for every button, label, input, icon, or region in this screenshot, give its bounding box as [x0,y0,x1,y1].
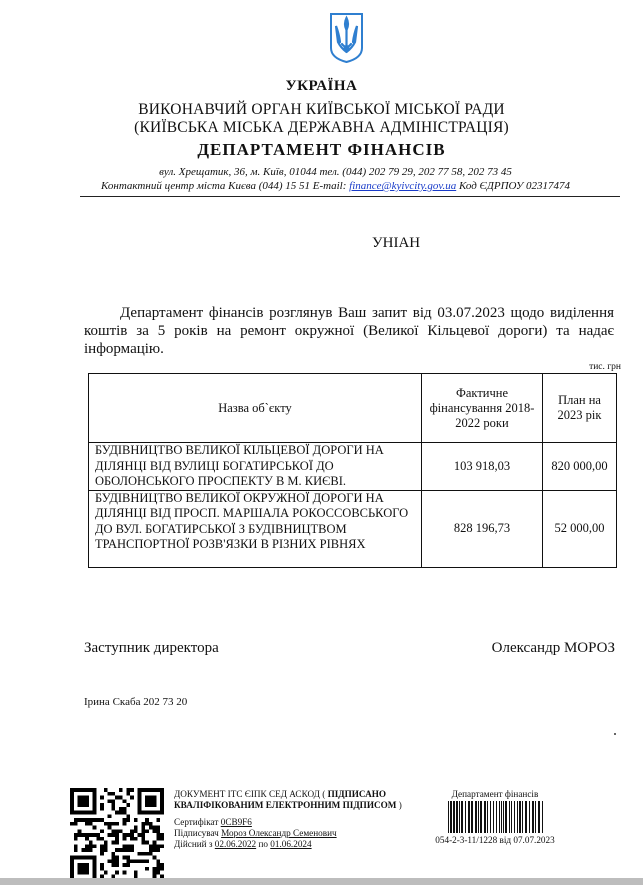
header-divider [80,196,620,197]
header-plan-2023: План на 2023 рік [543,374,617,443]
actual-financing: 103 918,03 [422,443,543,491]
table-header-row: Назва об`єкту Фактичне фінансування 2018… [89,374,617,443]
valid-to-label: по [256,839,270,849]
executor-contact: Ірина Скаба 202 73 20 [84,696,187,708]
reg-number: 054-2-3-11/1228 від 07.07.2023 [420,835,570,845]
email-link[interactable]: finance@kyivcity.gov.ua [349,180,456,192]
signer-line: Підписувач Мороз Олександр Семенович [174,828,424,839]
department-name: ДЕПАРТАМЕНТ ФІНАНСІВ [0,140,643,160]
cert-line: Сертифікат 0CB9F6 [174,817,424,828]
units-label: тис. грн [589,362,621,372]
address-line: вул. Хрещатик, 36, м. Київ, 01044 тел. (… [14,166,643,178]
object-name: БУДІВНИЦТВО ВЕЛИКОЇ ОКРУЖНОЇ ДОРОГИ НА Д… [89,490,422,567]
plan-2023: 820 000,00 [543,443,617,491]
qr-code-icon [70,788,164,882]
signer-label: Підписувач [174,828,221,838]
header-actual-financing: Фактичне фінансування 2018-2022 роки [422,374,543,443]
country-name: УКРАЇНА [0,78,643,95]
org-name-line1: ВИКОНАВЧИЙ ОРГАН КИЇВСЬКОЇ МІСЬКОЇ РАДИ [0,101,643,119]
header-object-name: Назва об`єкту [89,374,422,443]
cert-label: Сертифікат [174,817,221,827]
actual-financing: 828 196,73 [422,490,543,567]
reg-department: Департамент фінансів [420,789,570,799]
contact-line: Контактний центр міста Києва (044) 15 51… [14,180,643,192]
org-name-line2: (КИЇВСЬКА МІСЬКА ДЕРЖАВНА АДМІНІСТРАЦІЯ) [0,119,643,137]
table-row: БУДІВНИЦТВО ВЕЛИКОЇ ОКРУЖНОЇ ДОРОГИ НА Д… [89,490,617,567]
esign-doc-label: ДОКУМЕНТ ІТС ЄІПК СЕД АСКОД ( [174,789,328,799]
esign-header: ДОКУМЕНТ ІТС ЄІПК СЕД АСКОД ( ПІДПИСАНО … [174,789,424,811]
page-bottom-edge [0,878,643,885]
validity-line: Дійсний з 02.06.2022 по 01.06.2024 [174,839,424,850]
signatory-name: Олександр МОРОЗ [492,640,615,657]
plan-2023: 52 000,00 [543,490,617,567]
trident-coat-of-arms-icon [329,12,364,64]
electronic-signature-block: ДОКУМЕНТ ІТС ЄІПК СЕД АСКОД ( ПІДПИСАНО … [174,789,424,850]
barcode-icon [448,801,543,833]
valid-from: 02.06.2022 [215,839,256,849]
cert-value: 0CB9F6 [221,817,252,827]
esign-close: ) [396,800,401,810]
body-paragraph: Департамент фінансів розглянув Ваш запит… [84,304,614,358]
registration-block: Департамент фінансів 054-2-3-11/1228 від… [420,789,570,845]
signer-value: Мороз Олександр Семенович [221,828,337,838]
mark-dot [614,733,616,735]
object-name: БУДІВНИЦТВО ВЕЛИКОЇ КІЛЬЦЕВОЇ ДОРОГИ НА … [89,443,422,491]
contact-prefix: Контактний центр міста Києва (044) 15 51… [101,180,349,192]
valid-to: 01.06.2024 [270,839,311,849]
table-row: БУДІВНИЦТВО ВЕЛИКОЇ КІЛЬЦЕВОЇ ДОРОГИ НА … [89,443,617,491]
valid-label: Дійсний з [174,839,215,849]
addressee: УНІАН [372,235,420,252]
signatory-title: Заступник директора [84,640,219,657]
financing-table: Назва об`єкту Фактичне фінансування 2018… [88,373,617,568]
edrpou-code: Код ЄДРПОУ 02317474 [456,180,570,192]
